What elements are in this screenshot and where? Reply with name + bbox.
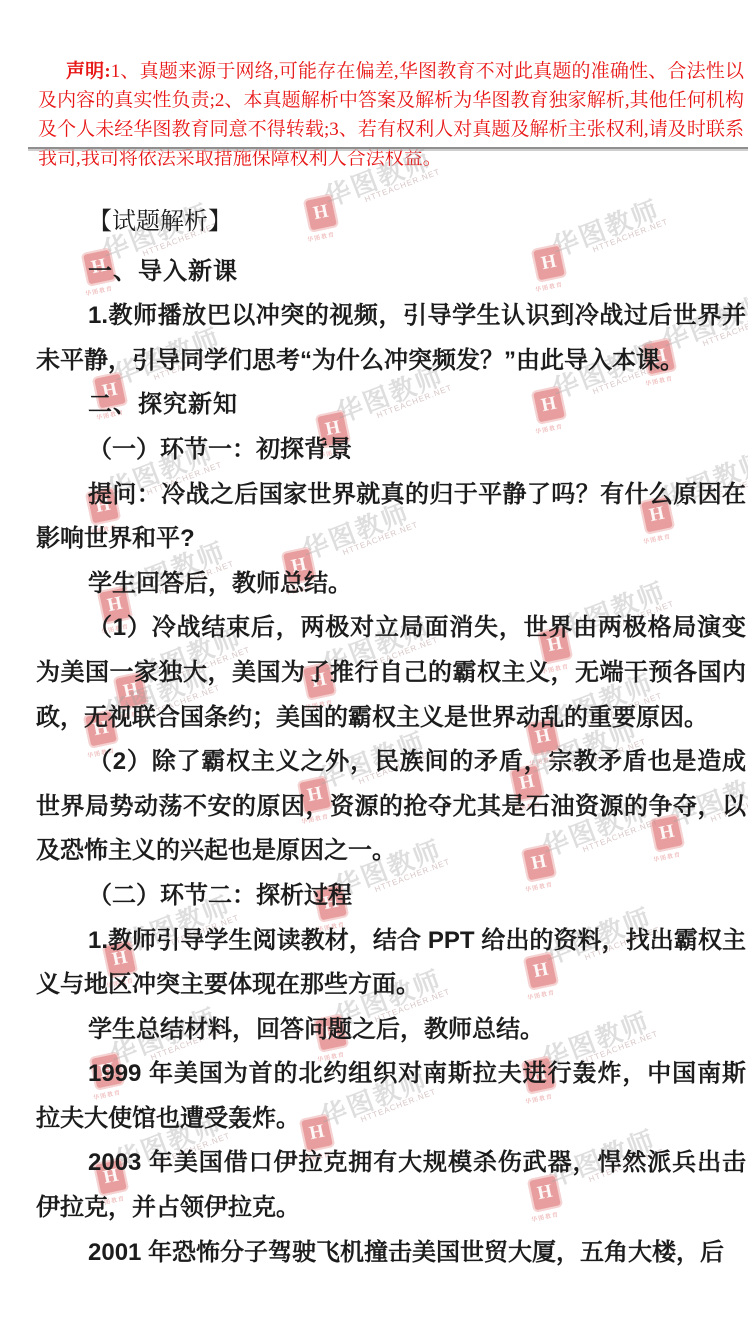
paragraph: （1）冷战结束后，两极对立局面消失，世界由两极格局演变为美国一家独大，美国为了推…	[36, 606, 746, 740]
disclaimer-text: 1、真题来源于网络,可能存在偏差,华图教育不对此真题的准确性、合法性以及内容的真…	[38, 61, 744, 169]
paragraph: 学生回答后，教师总结。	[36, 562, 746, 607]
paragraph: （一）环节一：初探背景	[36, 428, 746, 473]
paragraph: 提问：冷战之后国家世界就真的归于平静了吗？有什么原因在影响世界和平?	[36, 473, 746, 562]
paragraph: 1.教师引导学生阅读教材，结合 PPT 给出的资料，找出霸权主义与地区冲突主要体…	[36, 919, 746, 1008]
document-body: 【试题解析】一、导入新课1.教师播放巴以冲突的视频，引导学生认识到冷战过后世界并…	[36, 200, 746, 1275]
paragraph: （二）环节二：探析过程	[36, 874, 746, 919]
section-heading: 一、导入新课	[36, 250, 746, 295]
paragraph: 学生总结材料，回答问题之后，教师总结。	[36, 1008, 746, 1053]
disclaimer-label: 声明:	[66, 61, 111, 82]
paragraph: 1999 年美国为首的北约组织对南斯拉夫进行轰炸，中国南斯拉夫大使馆也遭受轰炸。	[36, 1052, 746, 1141]
paragraph: 1.教师播放巴以冲突的视频，引导学生认识到冷战过后世界并未平静，引导同学们思考“…	[36, 294, 746, 383]
paragraph: （2）除了霸权主义之外，民族间的矛盾，宗教矛盾也是造成世界局势动荡不安的原因，资…	[36, 740, 746, 874]
document-title: 【试题解析】	[36, 200, 746, 245]
document-page: H华图教育华图教师HTTEACHER.NETH华图教育华图教师HTTEACHER…	[0, 0, 748, 1335]
header-divider	[28, 147, 748, 149]
paragraph: 2001 年恐怖分子驾驶飞机撞击美国世贸大厦，五角大楼，后	[36, 1231, 746, 1276]
section-heading: 二、探究新知	[36, 383, 746, 428]
paragraph: 2003 年美国借口伊拉克拥有大规模杀伤武器，悍然派兵出击伊拉克，并占领伊拉克。	[36, 1141, 746, 1230]
disclaimer: 声明:1、真题来源于网络,可能存在偏差,华图教育不对此真题的准确性、合法性以及内…	[38, 57, 744, 173]
